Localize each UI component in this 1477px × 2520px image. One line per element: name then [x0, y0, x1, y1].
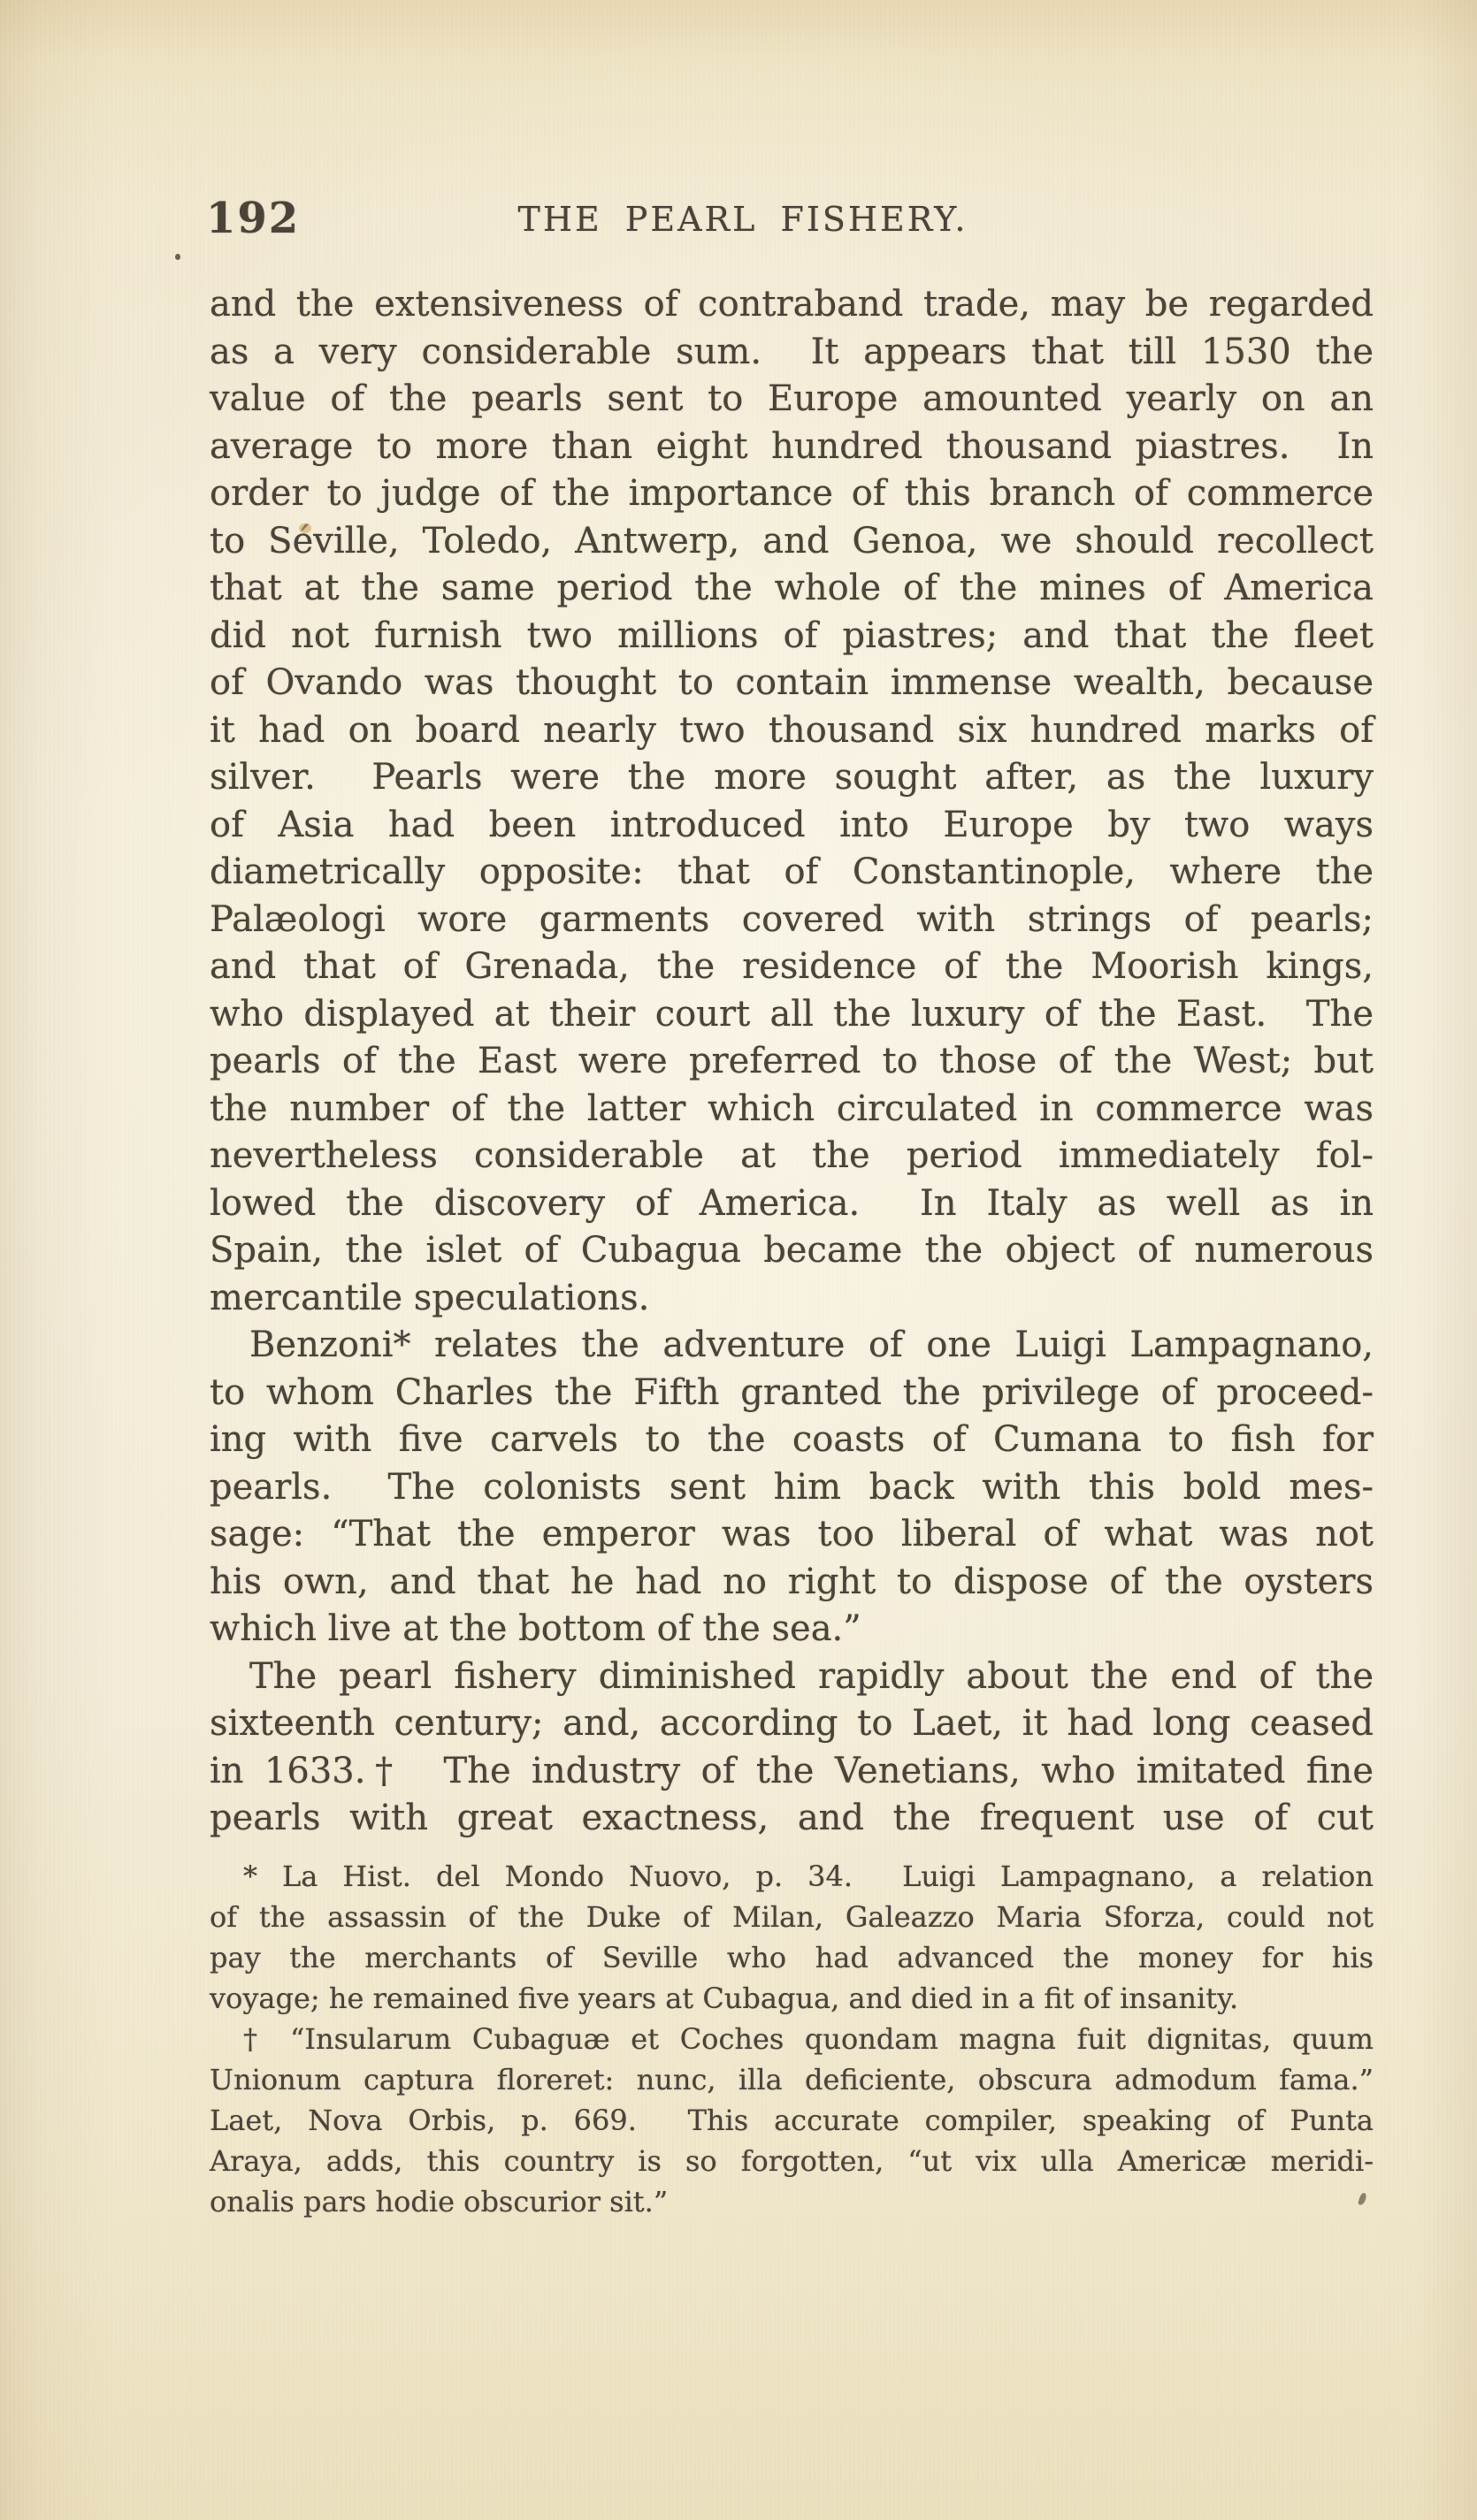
text-line: and the extensiveness of contraband trad…: [210, 281, 1374, 329]
text-line: nevertheless considerable at the period …: [210, 1133, 1374, 1180]
text-line: diametrically opposite: that of Constant…: [210, 849, 1374, 897]
text-line: mercantile speculations.: [210, 1275, 1374, 1323]
text-line: the number of the latter which circulate…: [210, 1086, 1374, 1134]
text-line: in 1633.† The industry of the Venetians,…: [210, 1748, 1374, 1796]
text-line: sixteenth century; and, according to Lae…: [210, 1700, 1374, 1748]
text-line: and that of Grenada, the residence of th…: [210, 943, 1374, 991]
text-line: to Séville, Toledo, Antwerp, and Genoa, …: [210, 518, 1374, 566]
text-line: pearls. The colonists sent him back with…: [210, 1464, 1374, 1512]
text-line: who displayed at their court all the lux…: [210, 991, 1374, 1039]
text-line: Spain, the islet of Cubagua became the o…: [210, 1227, 1374, 1275]
book-page-scan: 192 THE PEARL FISHERY. and the extensive…: [0, 0, 1477, 2520]
text-line: it had on board nearly two thousand six …: [210, 707, 1374, 755]
footnote-line: pay the merchants of Seville who had adv…: [210, 1937, 1374, 1978]
text-line: his own, and that he had no right to dis…: [210, 1559, 1374, 1607]
text-line: which live at the bottom of the sea.”: [210, 1606, 1374, 1653]
text-line: average to more than eight hundred thous…: [210, 424, 1374, 471]
footnote-line: * La Hist. del Mondo Nuovo, p. 34. Luigi…: [210, 1856, 1374, 1897]
footnote-line: Unionum captura floreret: nunc, illa def…: [210, 2059, 1374, 2100]
footnote-line: onalis pars hodie obscurior sit.”: [210, 2181, 1374, 2222]
text-line: to whom Charles the Fifth granted the pr…: [210, 1370, 1374, 1417]
footnote-line: † “Insularum Cubaguæ et Coches quondam m…: [210, 2019, 1374, 2059]
footnote-line: Laet, Nova Orbis, p. 669. This accurate …: [210, 2100, 1374, 2141]
text-line: did not furnish two millions of piastres…: [210, 613, 1374, 661]
text-line: Benzoni* relates the adventure of one Lu…: [210, 1322, 1374, 1370]
body-text: and the extensiveness of contraband trad…: [210, 281, 1374, 1843]
text-line: The pearl fishery diminished rapidly abo…: [210, 1653, 1374, 1701]
text-line: order to judge of the importance of this…: [210, 470, 1374, 518]
text-line: ing with five carvels to the coasts of C…: [210, 1417, 1374, 1464]
running-title: THE PEARL FISHERY.: [106, 200, 1380, 239]
text-line: of Asia had been introduced into Europe …: [210, 802, 1374, 850]
text-line: pearls of the East were preferred to tho…: [210, 1038, 1374, 1086]
text-line: sage: “That the emperor was too liberal …: [210, 1511, 1374, 1559]
footnote-line: of the assassin of the Duke of Milan, Ga…: [210, 1897, 1374, 1937]
ink-speck: [175, 254, 180, 260]
footnote-line: Araya, adds, this country is so forgotte…: [210, 2141, 1374, 2181]
footnote-line: voyage; he remained five years at Cubagu…: [210, 1978, 1374, 2019]
text-line: as a very considerable sum. It appears t…: [210, 329, 1374, 377]
text-line: pearls with great exactness, and the fre…: [210, 1795, 1374, 1843]
text-line: lowed the discovery of America. In Italy…: [210, 1180, 1374, 1228]
paper-stain: [299, 523, 311, 533]
text-line: of Ovando was thought to contain immense…: [210, 660, 1374, 707]
text-line: value of the pearls sent to Europe amoun…: [210, 376, 1374, 424]
text-line: Palæologi wore garments covered with str…: [210, 897, 1374, 944]
footnotes: * La Hist. del Mondo Nuovo, p. 34. Luigi…: [210, 1856, 1374, 2222]
text-line: that at the same period the whole of the…: [210, 565, 1374, 613]
text-line: silver. Pearls were the more sought afte…: [210, 754, 1374, 802]
